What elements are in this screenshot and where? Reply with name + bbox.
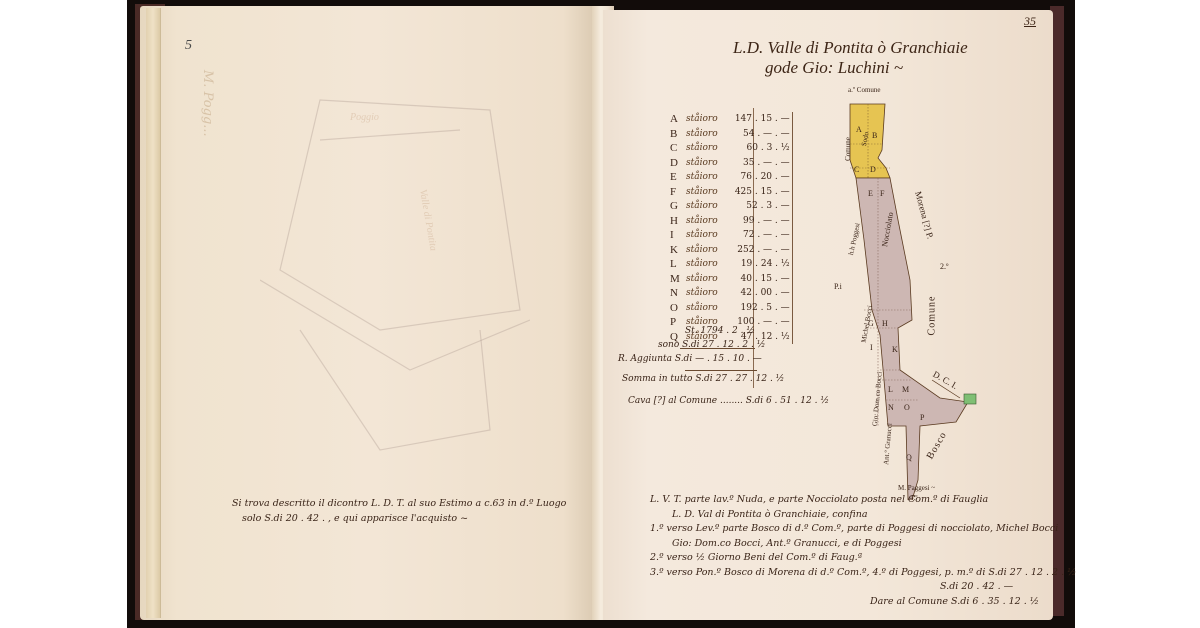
left-page-number: 5	[185, 38, 192, 54]
parcel-letter: C	[668, 141, 684, 156]
parcel-letter: G	[668, 199, 684, 214]
ledger-row: Bståioro54 . — . —	[668, 127, 792, 142]
comune-label: Cava [?] al Comune ........ S.di	[628, 396, 763, 406]
unit-label: ståioro	[684, 228, 720, 243]
svg-text:Valle di Pontita: Valle di Pontita	[417, 189, 439, 252]
ledger-total: St. 1794 . 2 . ½	[685, 326, 755, 336]
bleed-through-map: Valle di Pontita Poggio	[260, 70, 530, 470]
page-title: L.D. Valle di Pontita ò Granchiaie gode …	[733, 38, 968, 78]
note-line: L. D. Val di Pontita ò Granchiaie, confi…	[650, 508, 1045, 523]
parcel-letter: B	[668, 127, 684, 142]
ledger-row: Fståioro425 . 15 . —	[668, 185, 792, 200]
ledger-somma: Somma in tutto S.di 27 . 27 . 12 . ½	[622, 374, 784, 384]
ledger-comune: Cava [?] al Comune ........ S.di 6 . 51 …	[628, 396, 829, 406]
sono-value: 27 . 12 . 2 . ½	[702, 340, 765, 350]
aggiunta-prefix: R.	[618, 354, 628, 364]
map-small-plot	[964, 394, 976, 404]
parcel-letter: A	[668, 112, 684, 127]
parcel-letter: L	[668, 257, 684, 272]
unit-label: ståioro	[684, 272, 720, 287]
unit-label: ståioro	[684, 286, 720, 301]
parcel-letter: M	[668, 272, 684, 287]
parcel-letter: I	[668, 228, 684, 243]
svg-text:M: M	[902, 385, 909, 394]
map-label-bottom: M. Paggesi ~	[898, 484, 935, 492]
left-page-note: Si trova descritto il dicontro L. D. T. …	[232, 496, 566, 526]
parcel-value: 192 . 5 . —	[720, 301, 793, 316]
unit-label: ståioro	[684, 301, 720, 316]
map-label-top: a.º Comune	[848, 86, 881, 94]
note-line: 3.º verso Pon.º Bosco di Morena di d.º C…	[650, 566, 1045, 581]
parcel-value: 40 . 15 . —	[720, 272, 793, 287]
svg-text:E: E	[868, 189, 873, 198]
svg-text:I: I	[870, 343, 873, 352]
ledger-row: Kståioro252 . — . —	[668, 243, 792, 258]
left-note-line-1: Si trova descritto il dicontro L. D. T. …	[232, 496, 566, 511]
ledger-row: Mståioro40 . 15 . —	[668, 272, 792, 287]
svg-text:C: C	[854, 165, 859, 174]
ledger-row: Dståioro35 . — . —	[668, 156, 792, 171]
ledger-row: Aståioro147 . 15 . —	[668, 112, 792, 127]
unit-label: ståioro	[684, 127, 720, 142]
bleed-through-text: M. Pogg...	[200, 70, 215, 270]
map-label-comune-right: Comune	[926, 296, 937, 336]
parcel-letter: K	[668, 243, 684, 258]
svg-text:H: H	[882, 319, 888, 328]
title-line-1: L.D. Valle di Pontita ò Granchiaie	[733, 38, 968, 57]
parcel-letter: O	[668, 301, 684, 316]
note-line: Dare al Comune S.di 6 . 35 . 12 . ½	[650, 595, 1045, 610]
ledger-row: Oståioro192 . 5 . —	[668, 301, 792, 316]
ledger-row: Eståioro76 . 20 . —	[668, 170, 792, 185]
aggiunta-label: Aggiunta S.di	[631, 354, 693, 364]
parcel-ledger: Aståioro147 . 15 . — Bståioro54 . — . — …	[668, 112, 793, 344]
parcel-letter: P	[668, 315, 684, 330]
svg-text:O: O	[904, 403, 910, 412]
note-line: L. V. T. parte lav.º Nuda, e parte Nocci…	[650, 493, 1045, 508]
note-line: S.di 20 . 42 . —	[650, 580, 1045, 595]
svg-text:P: P	[920, 413, 925, 422]
parcel-value: 99 . — . —	[720, 214, 793, 229]
ledger-row: Hståioro99 . — . —	[668, 214, 792, 229]
note-line: 2.º verso ½ Giorno Beni del Com.º di Fau…	[650, 551, 1045, 566]
parcel-value: 54 . — . —	[720, 127, 793, 142]
ledger-row: Lståioro19 . 24 . ½	[668, 257, 792, 272]
parcel-value: 72 . — . —	[720, 228, 793, 243]
boundary-notes: L. V. T. parte lav.º Nuda, e parte Nocci…	[650, 493, 1045, 609]
unit-label: ståioro	[684, 257, 720, 272]
unit-label: ståioro	[684, 112, 720, 127]
left-page-edges	[146, 8, 161, 618]
parcel-letter: D	[668, 156, 684, 171]
svg-text:N: N	[888, 403, 894, 412]
title-line-2: gode Gio: Luchini ~	[733, 58, 968, 78]
ledger-row: Cståioro60 . 3 . ½	[668, 141, 792, 156]
left-note-line-2: solo S.di 20 . 42 . , e qui apparisce l'…	[232, 511, 566, 526]
unit-label: ståioro	[684, 170, 720, 185]
note-line: 1.º verso Lev.º parte Bosco di d.º Com.º…	[650, 522, 1045, 537]
ledger-aggiunta: R. Aggiunta S.di — . 15 . 10 . —	[618, 354, 762, 364]
map-label-pi: P.i	[834, 282, 842, 291]
svg-text:Poggio: Poggio	[349, 112, 379, 123]
ledger-row: Nståioro42 . 00 . —	[668, 286, 792, 301]
parcel-value: 425 . 15 . —	[720, 185, 793, 200]
aggiunta-value: — . 15 . 10 . —	[695, 354, 762, 364]
parcel-letter: E	[668, 170, 684, 185]
unit-label: ståioro	[684, 243, 720, 258]
parcel-value: 252 . — . —	[720, 243, 793, 258]
note-line: Gio: Dom.co Bocci, Ant.º Granucci, e di …	[650, 537, 1045, 552]
svg-text:F: F	[880, 189, 885, 198]
unit-label: ståioro	[684, 185, 720, 200]
parcel-value: 76 . 20 . —	[720, 170, 793, 185]
unit-label: ståioro	[684, 141, 720, 156]
unit-label: ståioro	[684, 156, 720, 171]
right-page-number: 35	[1024, 14, 1036, 29]
ledger-row: Gståioro52 . 3 . —	[668, 199, 792, 214]
ledger-sono: sono S.di 27 . 12 . 2 . ½	[658, 340, 765, 350]
parcel-value: 19 . 24 . ½	[720, 257, 793, 272]
parcel-letter: F	[668, 185, 684, 200]
parcel-value: 147 . 15 . —	[720, 112, 793, 127]
unit-label: ståioro	[684, 199, 720, 214]
svg-text:K: K	[892, 345, 898, 354]
svg-text:D: D	[870, 165, 876, 174]
parcel-value: 42 . 00 . —	[720, 286, 793, 301]
parcel-value: 52 . 3 . —	[720, 199, 793, 214]
somma-value: 27 . 27 . 12 . ½	[716, 374, 785, 384]
parcel-letter: N	[668, 286, 684, 301]
sono-label: sono S.di	[658, 340, 699, 350]
sum-rule-2	[685, 370, 757, 371]
parcel-letter: H	[668, 214, 684, 229]
svg-text:L: L	[888, 385, 893, 394]
map-label-2: 2.º	[940, 262, 948, 271]
svg-text:B: B	[872, 131, 877, 140]
map-field-nocciolato	[856, 178, 968, 500]
parcel-value: 35 . — . —	[720, 156, 793, 171]
parcel-value: 60 . 3 . ½	[720, 141, 793, 156]
svg-text:Q: Q	[906, 453, 912, 462]
somma-label: Somma in tutto S.di	[622, 374, 713, 384]
unit-label: ståioro	[684, 214, 720, 229]
ledger-row: Iståioro72 . — . —	[668, 228, 792, 243]
total-label: St.	[685, 326, 698, 336]
map-label-comune-left: Comune	[844, 137, 852, 161]
total-value: 1794 . 2 . ½	[701, 326, 756, 336]
